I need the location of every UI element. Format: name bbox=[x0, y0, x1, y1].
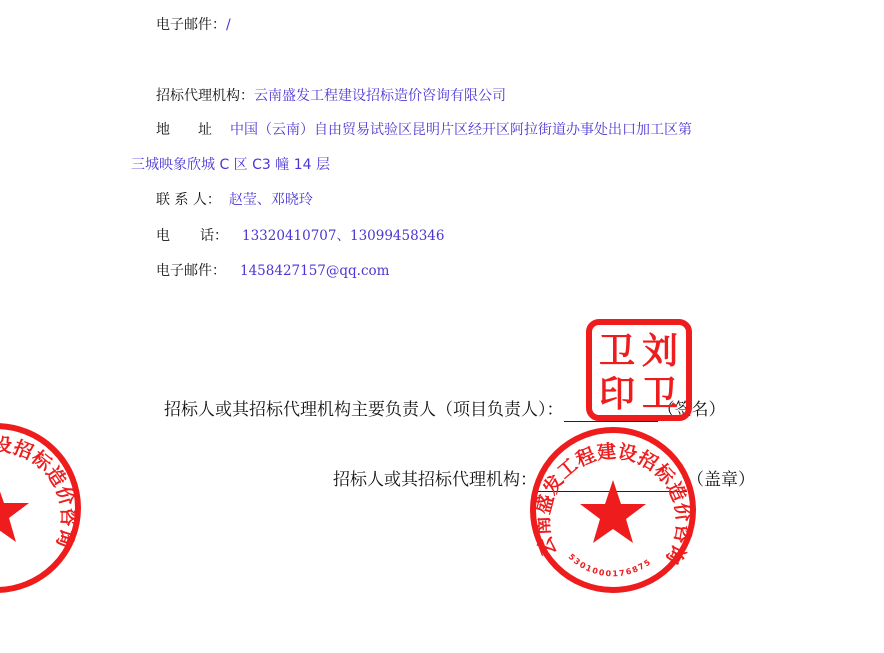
contact-value: 赵莹、邓晓玲 bbox=[229, 192, 313, 208]
phone-label-a: 电 bbox=[156, 228, 170, 244]
email-label: 电子邮件： bbox=[156, 263, 226, 279]
personal-seal-icon: 刘 卫 卫 印 bbox=[585, 318, 693, 422]
agency-row: 招标代理机构：云南盛发工程建设招标造价咨询有限公司 bbox=[156, 86, 506, 106]
signature-label: 招标人或其招标代理机构主要负责人（项目负责人）： bbox=[164, 400, 564, 420]
email-top-label: 电子邮件： bbox=[156, 17, 226, 33]
agency-value: 云南盛发工程建设招标造价咨询有限公司 bbox=[254, 88, 506, 104]
address-value-line2: 三城映象欣城 C 区 C3 幢 14 层 bbox=[131, 157, 330, 173]
contact-label: 联 系 人： bbox=[156, 192, 221, 208]
email-row: 电子邮件：1458427157@qq.com bbox=[156, 261, 389, 281]
email-value: 1458427157@qq.com bbox=[240, 263, 389, 279]
phone-value: 13320410707、13099458346 bbox=[242, 228, 444, 244]
agency-label: 招标代理机构： bbox=[156, 88, 254, 104]
address-row: 地址中国（云南）自由贸易试验区昆明片区经开区阿拉街道办事处出口加工区第 bbox=[156, 120, 692, 140]
email-top-row: 电子邮件：/ bbox=[156, 15, 231, 35]
stamp-label: 招标人或其招标代理机构： bbox=[333, 470, 537, 490]
svg-text:印: 印 bbox=[599, 373, 635, 415]
contact-row: 联 系 人：赵莹、邓晓玲 bbox=[156, 190, 313, 210]
left-partial-seal-icon: 云南盛发工程建设招标造价咨询有限公司 bbox=[0, 422, 84, 594]
address-label-a: 地 bbox=[156, 122, 170, 138]
svg-text:卫: 卫 bbox=[599, 330, 635, 372]
svg-text:5301000176875: 5301000176875 bbox=[567, 552, 654, 578]
address-label-b: 址 bbox=[198, 122, 212, 138]
email-top-value: / bbox=[226, 17, 231, 33]
svg-text:刘: 刘 bbox=[642, 330, 678, 372]
phone-row: 电话：13320410707、13099458346 bbox=[156, 226, 444, 246]
address-row-continued: 三城映象欣城 C 区 C3 幢 14 层 bbox=[131, 155, 330, 175]
company-seal-icon: 云南盛发工程建设招标造价咨询有限公司 5301000176875 bbox=[527, 425, 699, 595]
svg-text:卫: 卫 bbox=[642, 373, 678, 415]
address-value-line1: 中国（云南）自由贸易试验区昆明片区经开区阿拉街道办事处出口加工区第 bbox=[230, 122, 692, 138]
phone-label-b: 话： bbox=[200, 228, 228, 244]
